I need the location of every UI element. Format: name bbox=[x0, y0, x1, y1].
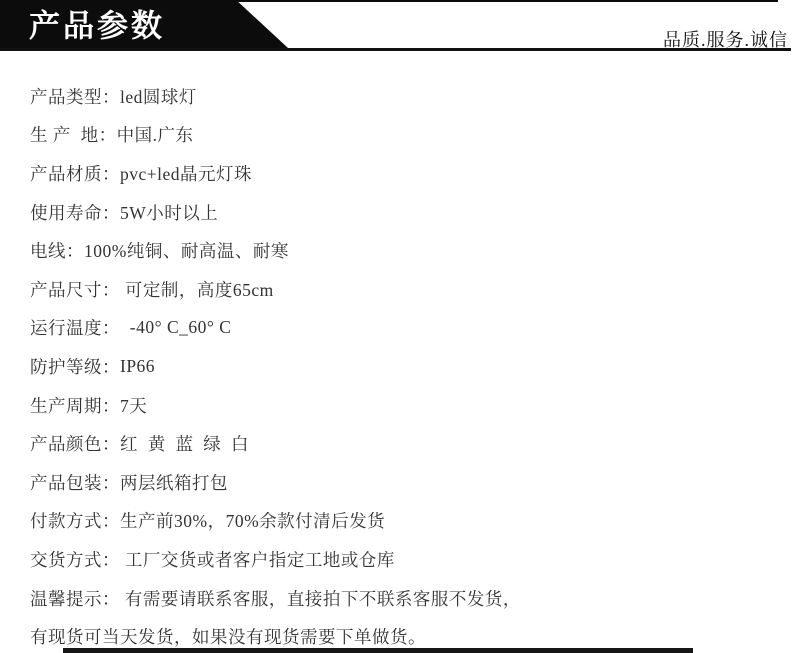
spec-label: 使用寿命 bbox=[30, 200, 102, 225]
spec-row-wire: 电线：100%纯铜、耐高温、耐寒 bbox=[30, 231, 790, 270]
spec-label: 温馨提示 bbox=[30, 586, 102, 611]
spec-colon: ： bbox=[102, 84, 120, 109]
spec-label: 付款方式 bbox=[30, 508, 102, 533]
spec-label: 生 产 地 bbox=[30, 122, 99, 147]
page-title: 产品参数 bbox=[29, 1, 165, 46]
spec-value: 5W小时以上 bbox=[120, 200, 218, 225]
spec-colon: ： bbox=[102, 200, 120, 225]
spec-row-material: 产品材质：pvc+led晶元灯珠 bbox=[30, 154, 790, 193]
spec-row-size: 产品尺寸： 可定制，高度65cm bbox=[30, 270, 790, 309]
spec-colon: ： bbox=[102, 161, 120, 186]
product-parameters-page: 产品参数 品质.服务.诚信 产品类型：led圆球灯 生 产 地：中国.广东 产品… bbox=[0, 0, 800, 653]
spec-value: 有现货可当天发货，如果没有现货需要下单做货。 bbox=[30, 624, 426, 649]
spec-label: 产品类型 bbox=[30, 84, 102, 109]
spec-colon: ： bbox=[66, 238, 84, 263]
spec-colon: ： bbox=[102, 470, 120, 495]
spec-colon: ： bbox=[99, 122, 117, 147]
spec-value: 生产前30%，70%余款付清后发货 bbox=[120, 508, 385, 533]
spec-label: 防护等级 bbox=[30, 354, 102, 379]
spec-colon: ： bbox=[102, 431, 120, 456]
spec-row-product-type: 产品类型：led圆球灯 bbox=[30, 77, 790, 116]
spec-colon: ： bbox=[102, 547, 120, 572]
spec-colon: ： bbox=[102, 354, 120, 379]
spec-list: 产品类型：led圆球灯 生 产 地：中国.广东 产品材质：pvc+led晶元灯珠… bbox=[30, 77, 790, 653]
spec-value: 红 黄 蓝 绿 白 bbox=[120, 431, 249, 456]
spec-value: -40° C_60° C bbox=[120, 317, 231, 338]
spec-colon: ： bbox=[102, 277, 120, 302]
header-divider-rule bbox=[0, 48, 791, 51]
spec-label: 产品尺寸 bbox=[30, 277, 102, 302]
spec-value: 中国.广东 bbox=[117, 122, 194, 147]
spec-label: 电线 bbox=[30, 238, 66, 263]
spec-value: 有需要请联系客服，直接拍下不联系客服不发货， bbox=[120, 586, 521, 611]
spec-row-lifespan: 使用寿命：5W小时以上 bbox=[30, 193, 790, 232]
spec-label: 产品颜色 bbox=[30, 431, 102, 456]
spec-value: 两层纸箱打包 bbox=[120, 470, 228, 495]
header-banner: 产品参数 bbox=[0, 0, 288, 48]
spec-label: 交货方式 bbox=[30, 547, 102, 572]
spec-value: led圆球灯 bbox=[120, 84, 197, 109]
spec-colon: ： bbox=[102, 393, 120, 418]
spec-row-origin: 生 产 地：中国.广东 bbox=[30, 116, 790, 155]
spec-value: 100%纯铜、耐高温、耐寒 bbox=[84, 238, 289, 263]
spec-row-payment: 付款方式：生产前30%，70%余款付清后发货 bbox=[30, 502, 790, 541]
spec-colon: ： bbox=[102, 315, 120, 340]
spec-label: 运行温度 bbox=[30, 315, 102, 340]
spec-row-production-cycle: 生产周期：7天 bbox=[30, 386, 790, 425]
spec-value: 工厂交货或者客户指定工地或仓库 bbox=[120, 547, 395, 572]
spec-row-packaging: 产品包装：两层纸箱打包 bbox=[30, 463, 790, 502]
spec-value: pvc+led晶元灯珠 bbox=[120, 161, 252, 186]
spec-row-notice: 温馨提示： 有需要请联系客服，直接拍下不联系客服不发货， bbox=[30, 579, 790, 618]
spec-colon: ： bbox=[102, 508, 120, 533]
spec-value: 7天 bbox=[120, 393, 147, 418]
spec-value: 可定制，高度65cm bbox=[120, 277, 274, 302]
spec-row-colors: 产品颜色：红 黄 蓝 绿 白 bbox=[30, 424, 790, 463]
spec-label: 产品材质 bbox=[30, 161, 102, 186]
spec-row-ip-rating: 防护等级：IP66 bbox=[30, 347, 790, 386]
spec-row-operating-temp: 运行温度： -40° C_60° C bbox=[30, 309, 790, 348]
spec-value: IP66 bbox=[120, 356, 155, 377]
spec-label: 生产周期 bbox=[30, 393, 102, 418]
spec-label: 产品包装 bbox=[30, 470, 102, 495]
spec-row-delivery: 交货方式： 工厂交货或者客户指定工地或仓库 bbox=[30, 540, 790, 579]
next-section-banner-edge bbox=[63, 648, 693, 653]
spec-colon: ： bbox=[102, 586, 120, 611]
